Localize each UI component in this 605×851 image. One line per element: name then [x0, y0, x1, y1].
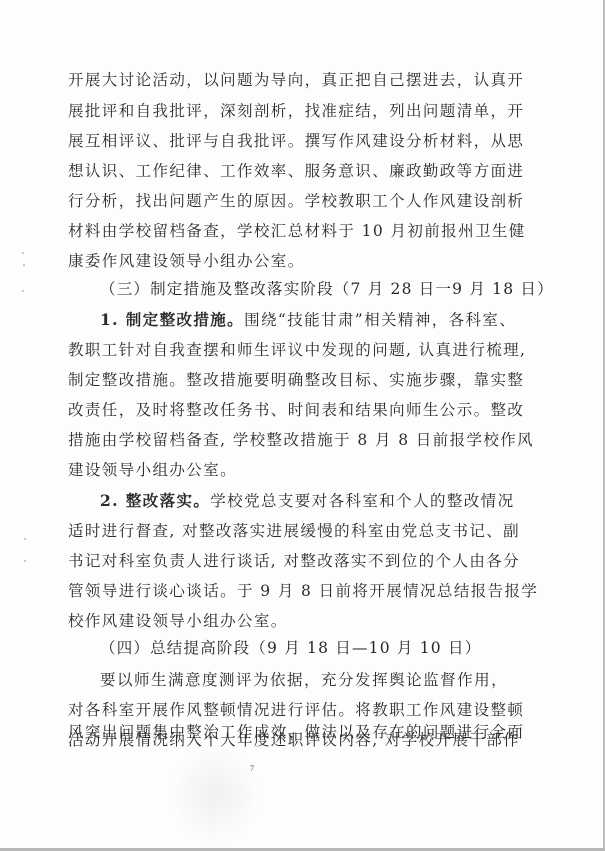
- paragraph-line: 书记对科室负责人进行谈话, 对整改落实不到位的个人由各分: [68, 551, 508, 571]
- item-1-text: 围绕“技能甘肃”相关精神，各科室、: [244, 311, 516, 329]
- paragraph-line: 展互相评议、批评与自我批评。撰写作风建设分析材料，从思: [68, 131, 508, 151]
- paragraph-line: 要以师生满意度测评为依据，充分发挥舆论监督作用，: [100, 670, 508, 690]
- paragraph-line: 教职工针对自我查摆和师生评议中发现的问题, 认真进行梳理,: [68, 340, 508, 360]
- paragraph-line: 康委作风建设领导小组办公室。: [68, 251, 508, 271]
- paragraph-line: 校作风建设领导小组办公室。: [68, 611, 508, 631]
- section-3-heading: （三）制定措施及整改落实阶段（7 月 28 日一9 月 18 日）: [100, 279, 510, 299]
- paragraph-line: 开展大讨论活动，以问题为导向，真正把自己摆进去，认真开: [68, 70, 508, 90]
- item-2-label: 2. 整改落实。: [100, 491, 210, 510]
- paragraph-line: 材料由学校留档备查，学校汇总材料于 10 月初前报州卫生健: [68, 221, 508, 241]
- section-4-heading: （四）总结提高阶段（9 月 18 日—10 月 10 日）: [100, 638, 510, 658]
- scan-speck: [24, 538, 26, 540]
- paragraph-line: 制定整改措施。整改措施要明确整改目标、实施步骤，靠实整: [68, 370, 508, 390]
- paragraph-line: 风突出问题集中整治工作成效、做法以及存在的问题进行全面: [68, 722, 508, 742]
- scan-speck: [22, 290, 24, 292]
- item-2-first-line: 2. 整改落实。学校党总支要对各科室和个人的整改情况: [100, 491, 508, 511]
- scan-speck: [24, 560, 26, 562]
- scan-smudge: [170, 745, 260, 845]
- paragraph-line: 建设领导小组办公室。: [68, 460, 508, 480]
- paragraph-line: 对各科室开展作风整顿情况进行评估。将教职工作风建设整顿: [68, 700, 508, 720]
- paragraph-line: 展批评和自我批评，深刻剖析，找准症结，列出问题清单，开: [68, 101, 508, 121]
- item-2-text: 学校党总支要对各科室和个人的整改情况: [210, 492, 514, 510]
- paragraph-line: 适时进行督查, 对整改落实进展缓慢的科室由党总支书记、副: [68, 521, 508, 541]
- paragraph-line: 管领导进行谈心谈话。于 9 月 8 日前将开展情况总结报告报学: [68, 581, 508, 601]
- page-number: 7: [250, 764, 254, 773]
- paragraph-line: 行分析，找出问题产生的原因。学校教职工个人作风建设剖析: [68, 191, 508, 211]
- paragraph-line: 想认识、工作纪律、工作效率、服务意识、廉政勤政等方面进: [68, 161, 508, 181]
- scan-speck: [22, 252, 24, 254]
- paragraph-line: 措施由学校留档备查, 学校整改措施于 8 月 8 日前报学校作风: [68, 430, 508, 450]
- paragraph-line: 改责任，及时将整改任务书、时间表和结果向师生公示。整改: [68, 400, 508, 420]
- item-1-first-line: 1. 制定整改措施。围绕“技能甘肃”相关精神，各科室、: [100, 310, 508, 330]
- item-1-label: 1. 制定整改措施。: [100, 310, 244, 329]
- scan-speck: [23, 264, 25, 266]
